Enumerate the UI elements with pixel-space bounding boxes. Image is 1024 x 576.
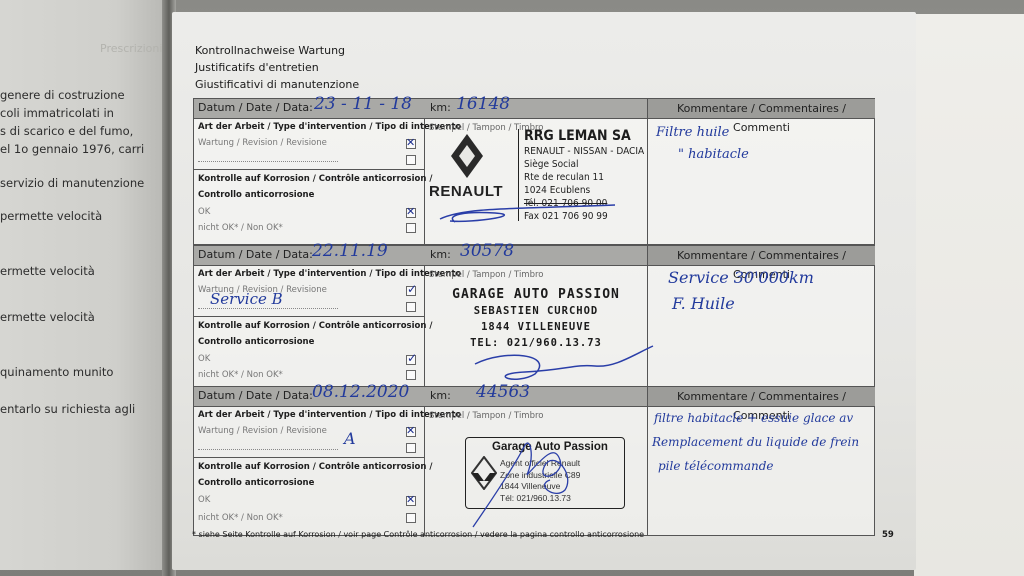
maintenance-entry-3: Datum / Date / Data: 08.12.2020 km: 4456… (193, 386, 875, 536)
km-label: km: (430, 101, 451, 114)
comments-area: filtre habitacle + essuie glace av Rempl… (648, 407, 874, 535)
km-label: km: (430, 248, 451, 261)
work-type-label: Art der Arbeit / Type d'intervention / T… (198, 410, 461, 420)
ok-label: OK (198, 207, 210, 217)
date-value: 08.12.2020 (312, 382, 409, 402)
maintenance-checkbox[interactable] (406, 427, 416, 437)
comment-line: pile télécommande (658, 459, 774, 473)
corrosion-label: Kontrolle auf Korrosion / Contrôle antic… (198, 174, 432, 184)
other-work-checkbox[interactable] (406, 302, 416, 312)
left-page-line: entarlo su richiesta agli (0, 402, 135, 416)
comments-header: Kommentare / Commentaires / Commenti (647, 246, 875, 265)
garage-line: SEBASTIEN CURCHOD (425, 303, 647, 319)
work-type-label: Art der Arbeit / Type d'intervention / T… (198, 269, 461, 279)
work-note: A (344, 429, 356, 448)
date-value: 23 - 11 - 18 (314, 94, 412, 114)
ok-label: OK (198, 495, 210, 505)
date-value: 22.11.19 (312, 241, 388, 261)
corrosion-label: Kontrolle auf Korrosion / Contrôle antic… (198, 462, 432, 472)
comments-header: Kommentare / Commentaires / Commenti (647, 387, 875, 406)
maintenance-checkbox[interactable] (406, 286, 416, 296)
left-page-line: genere di costruzione (0, 88, 125, 102)
not-ok-checkbox[interactable] (406, 223, 416, 233)
stamp-area: Stempel / Tampon / Timbro Garage Auto Pa… (425, 407, 648, 535)
next-page-edge (914, 14, 1024, 576)
left-page-line: coli immatricolati in (0, 106, 114, 120)
other-work-checkbox[interactable] (406, 155, 416, 165)
ok-label: OK (198, 354, 210, 364)
page-number: 59 (882, 530, 894, 540)
date-label: Datum / Date / Data: (198, 389, 313, 402)
page-titles: Kontrollnachweise Wartung Justificatifs … (195, 42, 359, 93)
left-page: Prescrizioni federali genere di costruzi… (0, 0, 166, 570)
signature-icon (435, 197, 635, 227)
comment-line: Service 30'000km (668, 268, 814, 287)
comments-header: Kommentare / Commentaires / Commenti (647, 99, 875, 118)
work-note-line (198, 449, 338, 450)
corrosion-label-it: Controllo anticorrosione (198, 190, 314, 200)
date-label: Datum / Date / Data: (198, 101, 313, 114)
entry-header: Datum / Date / Data: 22.11.19 km: 30578 … (194, 246, 874, 266)
entry-header: Datum / Date / Data: 08.12.2020 km: 4456… (194, 387, 874, 407)
renault-logo-icon (449, 133, 485, 179)
work-type-label: Art der Arbeit / Type d'intervention / T… (198, 122, 461, 132)
maintenance-entry-2: Datum / Date / Data: 22.11.19 km: 30578 … (193, 245, 875, 392)
stamp-area: Stempel / Tampon / Timbro GARAGE AUTO PA… (425, 266, 648, 391)
not-ok-checkbox[interactable] (406, 513, 416, 523)
ok-checkbox[interactable] (406, 355, 416, 365)
comment-line: Remplacement du liquide de frein (652, 435, 859, 449)
footnote: * siehe Seite Kontrolle auf Korrosion / … (192, 530, 644, 539)
corrosion-label: Kontrolle auf Korrosion / Contrôle antic… (198, 321, 432, 331)
left-page-line: ermette velocità (0, 310, 95, 324)
dealer-line: Siège Social (524, 158, 644, 171)
left-page-line: ermette velocità (0, 264, 95, 278)
left-page-line: s di scarico e del fumo, (0, 124, 133, 138)
entry-header: Datum / Date / Data: 23 - 11 - 18 km: 16… (194, 99, 874, 119)
km-value: 30578 (460, 241, 514, 261)
date-label: Datum / Date / Data: (198, 248, 313, 261)
stamp-label: Stempel / Tampon / Timbro (429, 270, 544, 280)
corrosion-label-it: Controllo anticorrosione (198, 337, 314, 347)
garage-line: 1844 VILLENEUVE (425, 319, 647, 335)
garage-stamp: GARAGE AUTO PASSION SEBASTIEN CURCHOD 18… (425, 286, 647, 351)
km-value: 44563 (476, 382, 530, 402)
other-work-checkbox[interactable] (406, 443, 416, 453)
comment-line: F. Huile (672, 294, 735, 313)
title-de: Kontrollnachweise Wartung (195, 42, 359, 59)
stamp-area: Stempel / Tampon / Timbro RENAULT RRG LE… (425, 119, 648, 244)
work-note: Service B (210, 290, 283, 308)
comments-area: Filtre huile " habitacle (648, 119, 874, 244)
right-page: Kontrollnachweise Wartung Justificatifs … (172, 12, 916, 570)
ok-checkbox[interactable] (406, 496, 416, 506)
maintenance-label: Wartung / Revision / Revisione (198, 426, 327, 436)
work-note-line (198, 308, 338, 309)
left-page-line: servizio di manutenzione (0, 176, 144, 190)
km-value: 16148 (456, 94, 510, 114)
work-note-line (198, 161, 338, 162)
stamp-label: Stempel / Tampon / Timbro (429, 411, 544, 421)
corrosion-label-it: Controllo anticorrosione (198, 478, 314, 488)
maintenance-label: Wartung / Revision / Revisione (198, 138, 327, 148)
dealer-line: 1024 Ecublens (524, 184, 644, 197)
comment-line: " habitacle (678, 147, 749, 162)
km-label: km: (430, 389, 451, 402)
not-ok-checkbox[interactable] (406, 370, 416, 380)
left-page-line: permette velocità (0, 209, 102, 223)
ok-checkbox[interactable] (406, 208, 416, 218)
left-page-line: el 1o gennaio 1976, carri (0, 142, 144, 156)
signature-icon (465, 435, 585, 530)
garage-name: GARAGE AUTO PASSION (425, 286, 647, 303)
title-it: Giustificativi di manutenzione (195, 76, 359, 93)
left-page-line: quinamento munito (0, 365, 113, 379)
comment-line: filtre habitacle + essuie glace av (654, 411, 853, 425)
not-ok-label: nicht OK* / Non OK* (198, 513, 283, 523)
comment-line: Filtre huile (656, 125, 729, 140)
not-ok-label: nicht OK* / Non OK* (198, 370, 283, 380)
maintenance-checkbox[interactable] (406, 139, 416, 149)
maintenance-entry-1: Datum / Date / Data: 23 - 11 - 18 km: 16… (193, 98, 875, 245)
dealer-name: RRG LEMAN SA (524, 127, 644, 145)
dealer-line: Rte de reculan 11 (524, 171, 644, 184)
dealer-line: RENAULT - NISSAN - DACIA (524, 145, 644, 158)
comments-area: Service 30'000km F. Huile (648, 266, 874, 391)
not-ok-label: nicht OK* / Non OK* (198, 223, 283, 233)
title-fr: Justificatifs d'entretien (195, 59, 359, 76)
